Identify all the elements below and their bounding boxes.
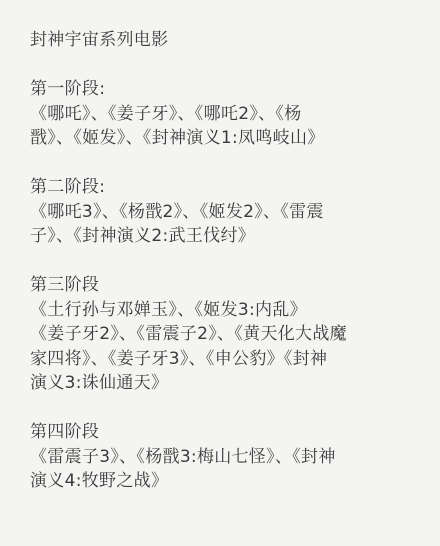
phase-2-films: 《哪吒3》、《杨戬2》、《姬发2》、《雷震 子》、《封神演义2:武王伐纣》 bbox=[30, 200, 400, 249]
phase-1-section: 第一阶段: 《哪吒》、《姜子牙》、《哪吒2》、《杨 戬》、《姬发》、《封神演义1… bbox=[30, 77, 430, 151]
text-line: 演义4:牧野之战》 bbox=[30, 469, 400, 494]
phase-3-heading: 第三阶段 bbox=[30, 273, 430, 298]
text-line: 子》、《封神演义2:武王伐纣》 bbox=[30, 224, 400, 249]
phase-1-heading: 第一阶段: bbox=[30, 77, 430, 102]
phase-4-films: 《雷震子3》、《杨戬3:梅山七怪》、《封神 演义4:牧野之战》 bbox=[30, 445, 400, 494]
phase-3-films: 《土行孙与邓婵玉》、《姬发3:内乱》 《姜子牙2》、《雷震子2》、《黄天化大战魔… bbox=[30, 298, 400, 396]
text-line: 家四将》、《姜子牙3》、《申公豹》《封神 bbox=[30, 347, 400, 372]
phase-1-films: 《哪吒》、《姜子牙》、《哪吒2》、《杨 戬》、《姬发》、《封神演义1:凤鸣岐山》 bbox=[30, 102, 400, 151]
document-page: 封神宇宙系列电影 第一阶段: 《哪吒》、《姜子牙》、《哪吒2》、《杨 戬》、《姬… bbox=[30, 28, 430, 518]
text-line: 戬》、《姬发》、《封神演义1:凤鸣岐山》 bbox=[30, 126, 400, 151]
text-line: 演义3:诛仙通天》 bbox=[30, 371, 400, 396]
text-line: 《哪吒3》、《杨戬2》、《姬发2》、《雷震 bbox=[30, 200, 400, 225]
text-line: 《土行孙与邓婵玉》、《姬发3:内乱》 bbox=[30, 298, 400, 323]
text-line: 《哪吒》、《姜子牙》、《哪吒2》、《杨 bbox=[30, 102, 400, 127]
phase-3-section: 第三阶段 《土行孙与邓婵玉》、《姬发3:内乱》 《姜子牙2》、《雷震子2》、《黄… bbox=[30, 273, 430, 396]
phase-4-heading: 第四阶段 bbox=[30, 420, 430, 445]
phase-4-section: 第四阶段 《雷震子3》、《杨戬3:梅山七怪》、《封神 演义4:牧野之战》 bbox=[30, 420, 430, 494]
phase-2-section: 第二阶段: 《哪吒3》、《杨戬2》、《姬发2》、《雷震 子》、《封神演义2:武王… bbox=[30, 175, 430, 249]
text-line: 《雷震子3》、《杨戬3:梅山七怪》、《封神 bbox=[30, 445, 400, 470]
page-title: 封神宇宙系列电影 bbox=[30, 28, 430, 53]
phase-2-heading: 第二阶段: bbox=[30, 175, 430, 200]
text-line: 《姜子牙2》、《雷震子2》、《黄天化大战魔 bbox=[30, 322, 400, 347]
